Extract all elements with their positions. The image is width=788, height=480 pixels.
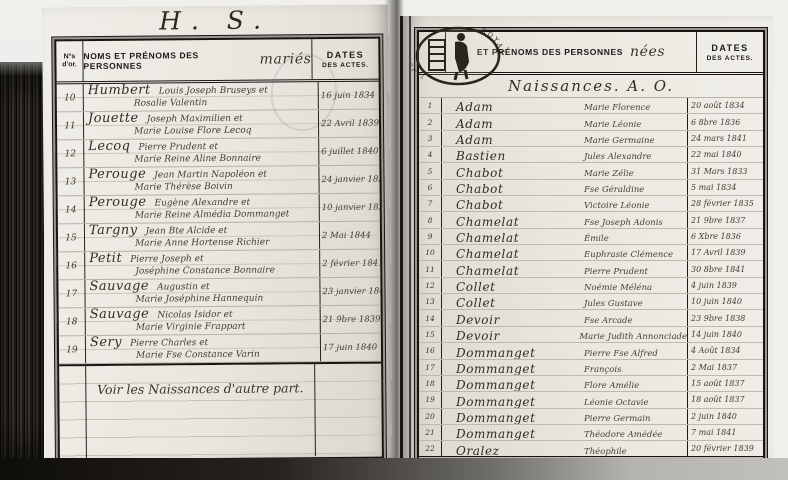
- given-names: Marie Léonie: [584, 121, 641, 130]
- row-number: 17: [58, 280, 85, 307]
- names-cell: Dommanget Pierre Fse Alfred: [442, 348, 687, 359]
- marriage-row: 14 Perouge Eugène Alexandre et Marie Rei…: [58, 194, 380, 225]
- act-date: 2 Mai 1837: [687, 360, 763, 375]
- handwritten-category: nées: [630, 44, 665, 60]
- footnote-area: Voir les Naissances d'autre part.: [59, 364, 382, 459]
- surname: Dommanget: [456, 413, 584, 424]
- names-cell: Dommanget François: [442, 364, 687, 375]
- names-cell: Chamelat Émile: [442, 233, 687, 244]
- given-names: Marie Germaine: [584, 137, 655, 146]
- act-date: 2 février 1841: [320, 250, 380, 278]
- act-date: 24 janvier 1836: [319, 166, 379, 194]
- names-cell: Perouge Jean Martin Napoléon et Marie Th…: [84, 166, 319, 195]
- birth-row: 8 Chamelat Fse Joseph Adonis 21 9bre 183…: [419, 212, 763, 228]
- given-names: Marie Zélie: [584, 170, 634, 179]
- given-names: Jules Gustave: [584, 300, 643, 309]
- husband-given-names: Jean Martin Napoléon et: [154, 170, 267, 181]
- names-cell: Dommanget Léonie Octavie: [442, 397, 687, 408]
- row-number: 19: [59, 336, 86, 363]
- surname: Collet: [456, 282, 584, 293]
- act-date: 6 8bre 1836: [687, 114, 763, 129]
- surname: Devoir: [456, 315, 584, 326]
- names-cell: Lecoq Pierre Prudent et Marie Reine Alin…: [84, 138, 319, 167]
- row-number: 4: [419, 147, 442, 162]
- row-number: 5: [419, 163, 442, 178]
- royal-stamp-icon: ROYAL TIMBRE: [411, 22, 505, 90]
- names-cell: Chabot Fse Géraldine: [442, 184, 687, 195]
- husband-given-names: Louis Joseph Bruseys et: [159, 86, 268, 97]
- marriage-row: 17 Sauvage Augustin et Marie Joséphine H…: [58, 278, 380, 309]
- husband-given-names: Pierre Joseph et: [130, 254, 203, 265]
- birth-row: 14 Devoir Fse Arcade 23 9bre 1838: [419, 310, 763, 326]
- surname: Sery: [90, 337, 122, 349]
- act-date: 2 juin 1840: [687, 409, 763, 424]
- given-names: Fse Géraldine: [584, 186, 644, 195]
- surname: Jouette: [88, 113, 139, 125]
- birth-row: 20 Dommanget Pierre Germain 2 juin 1840: [419, 409, 763, 425]
- empty-date-cell: [315, 364, 382, 457]
- act-date: 28 février 1835: [687, 196, 763, 211]
- given-names: Victoire Léonie: [584, 202, 650, 211]
- birth-row: 21 Dommanget Théodore Amédée 7 mai 1841: [419, 425, 763, 441]
- given-names: Marie Florence: [584, 104, 650, 113]
- marriage-row: 19 Sery Pierre Charles et Marie Fse Cons…: [59, 334, 381, 365]
- birth-row: 7 Chabot Victoire Léonie 28 février 1835: [419, 196, 763, 212]
- act-date: 10 janvier 1837: [320, 194, 380, 222]
- surname: Sauvage: [90, 309, 150, 322]
- surname: Chamelat: [456, 266, 584, 277]
- names-cell: Dommanget Flore Amélie: [442, 380, 687, 391]
- names-cell: Chabot Victoire Léonie: [442, 200, 687, 211]
- birth-row: 6 Chabot Fse Géraldine 5 mai 1834: [419, 180, 763, 196]
- act-date: 20 février 1839: [687, 441, 763, 456]
- wife-given-names: Marie Louise Flore Lecoq: [134, 126, 251, 137]
- given-names: Théodore Amédée: [584, 431, 662, 440]
- book-binding-edge: [0, 62, 44, 480]
- row-number: 14: [58, 196, 85, 223]
- birth-row: 13 Collet Jules Gustave 10 juin 1840: [419, 294, 763, 310]
- wife-given-names: Rosalie Valentin: [134, 98, 208, 109]
- act-date: 31 Mars 1833: [687, 163, 763, 178]
- right-page: ET PRÉNOMS DES PERSONNES nées DATES DES …: [400, 16, 773, 466]
- act-date: 15 août 1837: [687, 376, 763, 391]
- birth-row: 5 Chabot Marie Zélie 31 Mars 1833: [419, 163, 763, 179]
- row-number: 13: [419, 294, 442, 309]
- birth-row: 1 Adam Marie Florence 20 août 1834: [419, 98, 763, 114]
- row-number: 15: [419, 327, 442, 342]
- birth-row: 4 Bastien Jules Alexandre 22 mai 1840: [419, 147, 763, 163]
- surname: Humbert: [88, 85, 151, 98]
- row-number: 16: [419, 343, 442, 358]
- row-number: 19: [419, 392, 442, 407]
- act-date: 20 août 1834: [687, 98, 763, 113]
- names-cell: Sauvage Nicolas Isidor et Marie Virginie…: [86, 306, 321, 335]
- given-names: Fse Arcade: [584, 317, 633, 326]
- act-date: 22 mai 1840: [687, 147, 763, 162]
- marriages-table: N°s d'or. NOMS ET PRÉNOMS DES PERSONNES …: [54, 37, 384, 462]
- row-number: 21: [419, 425, 442, 440]
- husband-given-names: Joseph Maximilien et: [147, 114, 243, 125]
- names-cell: Devoir Marie Judith Annonciade: [442, 331, 687, 342]
- act-date: 4 juin 1839: [687, 278, 763, 293]
- names-cell: Targny Jean Bte Alcide et Marie Anne Hor…: [85, 222, 320, 251]
- row-number: 7: [419, 196, 442, 211]
- row-number: 3: [419, 131, 442, 146]
- given-names: Émile: [584, 235, 609, 244]
- marriage-row: 11 Jouette Joseph Maximilien et Marie Lo…: [57, 110, 379, 141]
- husband-given-names: Pierre Prudent et: [138, 142, 218, 153]
- names-cell: Chabot Marie Zélie: [442, 168, 687, 179]
- row-number: 20: [419, 409, 442, 424]
- wife-given-names: Marie Thérèse Boivin: [135, 182, 233, 193]
- row-number: 8: [419, 212, 442, 227]
- left-page: H. S. N°s d'or. NOMS ET PRÉNOMS DES PERS…: [42, 4, 392, 467]
- given-names: Noémie Méléna: [584, 284, 652, 293]
- given-names: Fse Joseph Adonis: [584, 219, 663, 228]
- husband-given-names: Augustin et: [157, 282, 210, 292]
- surname: Chabot: [456, 184, 584, 195]
- surname: Dommanget: [456, 380, 584, 391]
- names-cell: Collet Jules Gustave: [442, 298, 687, 309]
- surname: Chamelat: [456, 249, 584, 260]
- act-date: 18 août 1837: [687, 392, 763, 407]
- act-date: 7 mai 1841: [687, 425, 763, 440]
- names-cell: Adam Marie Germaine: [442, 135, 687, 146]
- surname: Oralez: [456, 446, 584, 457]
- surname: Devoir: [456, 331, 579, 342]
- register-scan: H. S. N°s d'or. NOMS ET PRÉNOMS DES PERS…: [0, 0, 788, 480]
- act-date: 6 Xbre 1836: [687, 229, 763, 244]
- given-names: Jules Alexandre: [584, 153, 651, 162]
- birth-row: 18 Dommanget Flore Amélie 15 août 1837: [419, 376, 763, 392]
- marriage-row: 15 Targny Jean Bte Alcide et Marie Anne …: [58, 222, 380, 253]
- surname: Dommanget: [456, 348, 584, 359]
- names-cell: Dommanget Théodore Amédée: [442, 429, 687, 440]
- surname: Targny: [89, 225, 138, 237]
- marriage-row: 16 Petit Pierre Joseph et Joséphine Cons…: [58, 250, 380, 281]
- birth-row: 16 Dommanget Pierre Fse Alfred 4 Août 18…: [419, 343, 763, 359]
- wife-given-names: Joséphine Constance Bonnaire: [135, 265, 275, 276]
- row-number: 16: [58, 252, 85, 279]
- names-cell: Chamelat Fse Joseph Adonis: [442, 217, 687, 228]
- names-cell: Adam Marie Léonie: [442, 119, 687, 130]
- surname: Chamelat: [456, 233, 584, 244]
- act-date: 24 mars 1841: [687, 131, 763, 146]
- names-cell: Sery Pierre Charles et Marie Fse Constan…: [86, 334, 321, 363]
- given-names: Flore Amélie: [584, 382, 639, 391]
- act-date: 5 mai 1834: [687, 180, 763, 195]
- names-cell: Bastien Jules Alexandre: [442, 151, 687, 162]
- wife-given-names: Marie Reine Almédia Dommanget: [135, 209, 290, 220]
- birth-row: 3 Adam Marie Germaine 24 mars 1841: [419, 131, 763, 147]
- marriage-row: 13 Perouge Jean Martin Napoléon et Marie…: [57, 166, 379, 197]
- act-date: 23 9bre 1838: [687, 310, 763, 325]
- act-date: 10 juin 1840: [687, 294, 763, 309]
- row-number: 1: [419, 98, 442, 113]
- act-date: 17 Avril 1839: [687, 245, 763, 260]
- row-number: 13: [57, 168, 84, 195]
- birth-row: 15 Devoir Marie Judith Annonciade 14 jui…: [419, 327, 763, 343]
- names-cell: Sauvage Augustin et Marie Joséphine Hann…: [85, 278, 320, 307]
- act-date: 17 juin 1840: [321, 334, 381, 362]
- names-cell: Petit Pierre Joseph et Joséphine Constan…: [85, 250, 320, 279]
- row-number: 11: [419, 261, 442, 276]
- wife-given-names: Marie Virginie Frappart: [136, 322, 246, 333]
- row-number: 12: [419, 278, 442, 293]
- given-names: Pierre Fse Alfred: [584, 350, 658, 359]
- wife-given-names: Marie Anne Hortense Richier: [135, 238, 269, 249]
- surname: Dommanget: [456, 364, 584, 375]
- given-names: Pierre Prudent: [584, 268, 648, 277]
- birth-row: 12 Collet Noémie Méléna 4 juin 1839: [419, 278, 763, 294]
- row-number: 6: [419, 180, 442, 195]
- act-date: 21 9bre 1839: [321, 306, 381, 334]
- surname: Bastien: [456, 151, 584, 162]
- act-date: 30 8bre 1841: [687, 261, 763, 276]
- husband-given-names: Pierre Charles et: [130, 338, 208, 349]
- surname: Dommanget: [456, 397, 584, 408]
- surname: Chamelat: [456, 217, 584, 228]
- birth-row: 19 Dommanget Léonie Octavie 18 août 1837: [419, 392, 763, 408]
- marriage-rows: 10 Humbert Louis Joseph Bruseys et Rosal…: [57, 82, 381, 365]
- names-cell: Perouge Eugène Alexandre et Marie Reine …: [85, 194, 320, 223]
- act-date: 2 Mai 1844: [320, 222, 380, 250]
- birth-row: 9 Chamelat Émile 6 Xbre 1836: [419, 229, 763, 245]
- birth-row: 10 Chamelat Euphrasie Clémence 17 Avril …: [419, 245, 763, 261]
- wife-given-names: Marie Fse Constance Varin: [136, 350, 260, 361]
- births-table: ET PRÉNOMS DES PERSONNES nées DATES DES …: [417, 30, 765, 458]
- names-cell: Chamelat Pierre Prudent: [442, 266, 687, 277]
- row-number: 10: [57, 84, 84, 111]
- row-number: 14: [419, 310, 442, 325]
- given-names: Euphrasie Clémence: [584, 251, 673, 260]
- given-names: Pierre Germain: [584, 415, 651, 424]
- row-number: 17: [419, 360, 442, 375]
- given-names: Léonie Octavie: [584, 399, 648, 408]
- row-number: 2: [419, 114, 442, 129]
- act-date: 23 janvier 1841: [320, 278, 380, 306]
- surname: Petit: [89, 253, 122, 265]
- row-number: 11: [57, 112, 84, 139]
- surname: Sauvage: [89, 281, 149, 294]
- act-date: 14 juin 1840: [687, 327, 763, 342]
- row-number: 9: [419, 229, 442, 244]
- row-number: 10: [419, 245, 442, 260]
- surname: Perouge: [88, 169, 146, 182]
- column-header-dates: DATES DES ACTES.: [697, 32, 763, 72]
- wife-given-names: Marie Joséphine Hannequin: [136, 294, 264, 305]
- names-cell: Dommanget Pierre Germain: [442, 413, 687, 424]
- birth-row: 11 Chamelat Pierre Prudent 30 8bre 1841: [419, 261, 763, 277]
- names-cell: Collet Noémie Méléna: [442, 282, 687, 293]
- names-cell: Oralez Théophile: [442, 446, 687, 457]
- surname: Adam: [456, 119, 584, 130]
- table-surface-shadow: [0, 458, 788, 480]
- empty-number-cell: [59, 366, 87, 458]
- given-names: Marie Judith Annonciade: [579, 333, 687, 342]
- act-date: 21 9bre 1837: [687, 212, 763, 227]
- birth-row: 22 Oralez Théophile 20 février 1839: [419, 441, 763, 457]
- husband-given-names: Jean Bte Alcide et: [146, 226, 228, 237]
- birth-row: 17 Dommanget François 2 Mai 1837: [419, 360, 763, 376]
- surname: Adam: [456, 135, 584, 146]
- surname: Collet: [456, 298, 584, 309]
- act-date: 6 juillet 1840: [319, 138, 379, 166]
- names-cell: Chamelat Euphrasie Clémence: [442, 249, 687, 260]
- marriage-row: 18 Sauvage Nicolas Isidor et Marie Virgi…: [59, 306, 381, 337]
- footnote: Voir les Naissances d'autre part.: [86, 364, 316, 458]
- page-title: H. S.: [42, 4, 388, 36]
- surname: Perouge: [89, 197, 147, 210]
- row-number: 15: [58, 224, 85, 251]
- row-number: 22: [419, 441, 442, 456]
- surname: Lecoq: [88, 141, 130, 153]
- marriage-row: 12 Lecoq Pierre Prudent et Marie Reine A…: [57, 138, 379, 169]
- row-number: 12: [57, 140, 84, 167]
- wife-given-names: Marie Reine Aline Bonnaire: [134, 154, 261, 165]
- surname: Chabot: [456, 200, 584, 211]
- husband-given-names: Eugène Alexandre et: [154, 198, 250, 209]
- row-number: 18: [59, 308, 86, 335]
- given-names: Théophile: [584, 448, 627, 457]
- husband-given-names: Nicolas Isidor et: [157, 310, 232, 321]
- names-cell: Adam Marie Florence: [442, 102, 687, 113]
- birth-row: 2 Adam Marie Léonie 6 8bre 1836: [419, 114, 763, 130]
- surname: Chabot: [456, 168, 584, 179]
- column-header-number: N°s d'or.: [56, 41, 83, 81]
- act-date: 4 Août 1834: [687, 343, 763, 358]
- given-names: François: [584, 366, 621, 375]
- row-number: 18: [419, 376, 442, 391]
- surname: Adam: [456, 102, 584, 113]
- surname: Dommanget: [456, 429, 584, 440]
- birth-rows: 1 Adam Marie Florence 20 août 1834 2 Ada…: [419, 98, 763, 474]
- names-cell: Devoir Fse Arcade: [442, 315, 687, 326]
